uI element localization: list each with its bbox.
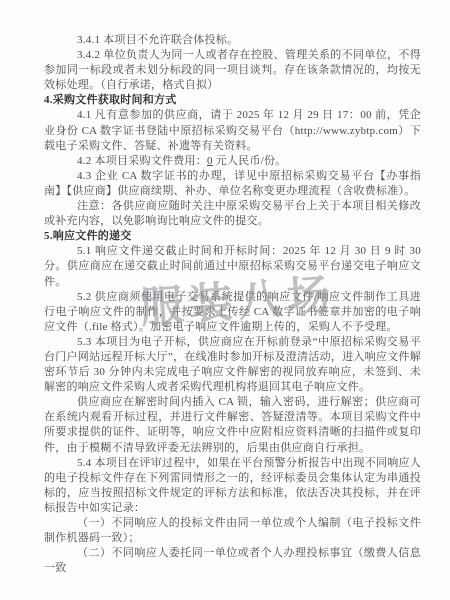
section-heading: 5.响应文件的递交 (44, 229, 421, 244)
paragraph: 供应商应在解密时间内插入 CA 锁，输入密码，进行解密；供应商可在系统内观看开标… (44, 395, 421, 455)
paragraph: （一）不同响应人的投标文件由同一单位或个人编制（电子投标文件制作机器码一致）； (44, 516, 421, 546)
paragraph: 5.4 本项目在评审过程中，如果在平台预警分析报告中出现不同响应人的电子投标文件… (44, 456, 421, 516)
text-run: 元人民币/份。 (213, 155, 287, 167)
paragraph: 5.1 响应文件递交截止时间和开标时间：2025 年 12 月 30 日 9 时… (44, 244, 421, 289)
paragraph: 4.2 本项目采购文件费用：0 元人民币/份。 (44, 154, 421, 169)
text-run: 4.2 本项目采购文件费用： (77, 155, 207, 167)
paragraph: 3.4.1 本项目不允许联合体投标。 (44, 33, 421, 48)
paragraph: （二）不同响应人委托同一单位或者个人办理投标事宜（缴费人信息一致 (44, 546, 421, 576)
section-heading: 4.采购文件获取时间和方式 (44, 93, 421, 108)
paragraph: 3.4.2 单位负责人为同一人或者存在控股、管理关系的不同单位，不得参加同一标段… (44, 48, 421, 93)
paragraph: 5.3 本项目为电子开标，供应商应在开标前登录“中原招标采购交易平台门户网站远程… (44, 335, 421, 395)
document-page: 3.4.1 本项目不允许联合体投标。3.4.2 单位负责人为同一人或者存在控股、… (0, 0, 450, 600)
document-body: 3.4.1 本项目不允许联合体投标。3.4.2 单位负责人为同一人或者存在控股、… (44, 33, 421, 576)
paragraph: 注意：各供应商应随时关注中原采购交易平台上关于本项目相关修改或补充内容，以免影响… (44, 199, 421, 229)
paragraph: 4.3 企业 CA 数字证书的办理，详见中原招标采购交易平台【办事指南】【供应商… (44, 169, 421, 199)
paragraph: 4.1 凡有意参加的供应商，请于 2025 年 12 月 29 日 17：00 … (44, 108, 421, 153)
paragraph: 5.2 供应商须使用电子交易系统提供的响应文件/响应文件制作工具进行电子响应文件… (44, 290, 421, 335)
